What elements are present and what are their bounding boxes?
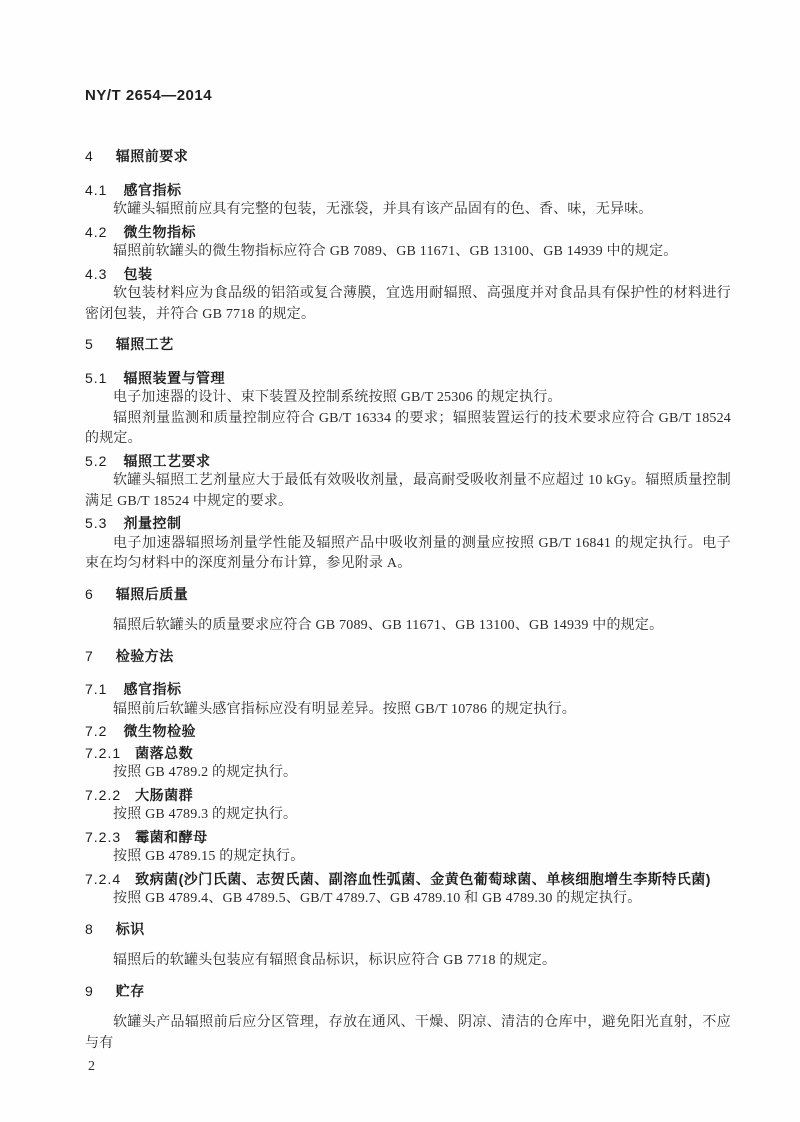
section-title: 辐照工艺要求 xyxy=(123,451,210,472)
section-heading: 7.2微生物检验 xyxy=(85,721,731,742)
chapter-title: 检验方法 xyxy=(116,646,174,667)
section-heading: 4.1感官指标 xyxy=(85,180,731,201)
subsection-title: 致病菌(沙门氏菌、志贺氏菌、副溶血性弧菌、金黄色葡萄球菌、单核细胞增生李斯特氏菌… xyxy=(135,869,711,890)
paragraph: 软罐头辐照前应具有完整的包装，无涨袋，并具有该产品固有的色、香、味，无异味。 xyxy=(85,200,731,221)
chapter-title: 辐照工艺 xyxy=(116,334,174,355)
paragraph: 辐照后软罐头的质量要求应符合 GB 7089、GB 11671、GB 13100… xyxy=(85,616,731,637)
chapter-number: 5 xyxy=(85,334,94,355)
section-title: 剂量控制 xyxy=(123,513,181,534)
chapter-heading: 4辐照前要求 xyxy=(85,146,731,167)
chapter-heading: 6辐照后质量 xyxy=(85,584,731,605)
section-number: 4.1 xyxy=(85,180,107,201)
paragraph: 辐照前后软罐头感官指标应没有明显差异。按照 GB/T 10786 的规定执行。 xyxy=(85,700,731,721)
chapter-title: 贮存 xyxy=(116,981,145,1002)
section-number: 4.2 xyxy=(85,222,107,243)
standard-number-header: NY/T 2654—2014 xyxy=(85,86,731,106)
section-number: 5.3 xyxy=(85,513,107,534)
paragraph: 辐照后的软罐头包装应有辐照食品标识，标识应符合 GB 7718 的规定。 xyxy=(85,951,731,972)
subsection-number: 7.2.2 xyxy=(85,785,121,806)
chapter-number: 4 xyxy=(85,146,94,167)
subsection-number: 7.2.3 xyxy=(85,827,121,848)
paragraph: 电子加速器辐照场剂量学性能及辐照产品中吸收剂量的测量应按照 GB/T 16841… xyxy=(85,534,731,575)
subsection-title: 大肠菌群 xyxy=(135,785,193,806)
section-heading: 4.2微生物指标 xyxy=(85,222,731,243)
chapter-heading: 9贮存 xyxy=(85,981,731,1002)
subsection-title: 菌落总数 xyxy=(135,743,193,764)
section-title: 辐照装置与管理 xyxy=(123,368,225,389)
subsection-heading: 7.2.1菌落总数 xyxy=(85,743,731,764)
paragraph: 辐照前软罐头的微生物指标应符合 GB 7089、GB 11671、GB 1310… xyxy=(85,242,731,263)
chapter-heading: 7检验方法 xyxy=(85,646,731,667)
section-title: 微生物检验 xyxy=(123,721,196,742)
paragraph: 按照 GB 4789.3 的规定执行。 xyxy=(85,805,731,826)
chapter-title: 辐照前要求 xyxy=(116,146,189,167)
paragraph: 软包装材料应为食品级的铝箔或复合薄膜，宜选用耐辐照、高强度并对食品具有保护性的材… xyxy=(85,284,731,325)
section-title: 包装 xyxy=(123,264,152,285)
paragraph: 软罐头产品辐照前后应分区管理，存放在通风、干燥、阴凉、清洁的仓库中，避免阳光直射… xyxy=(85,1013,731,1054)
subsection-heading: 7.2.2大肠菌群 xyxy=(85,785,731,806)
section-number: 5.2 xyxy=(85,451,107,472)
chapter-heading: 8标识 xyxy=(85,919,731,940)
section-number: 4.3 xyxy=(85,264,107,285)
section-title: 微生物指标 xyxy=(123,222,196,243)
section-title: 感官指标 xyxy=(123,180,181,201)
chapter-number: 8 xyxy=(85,919,94,940)
paragraph: 电子加速器的设计、束下装置及控制系统按照 GB/T 25306 的规定执行。 xyxy=(85,388,731,409)
chapter-heading: 5辐照工艺 xyxy=(85,334,731,355)
subsection-number: 7.2.1 xyxy=(85,743,121,764)
chapter-number: 7 xyxy=(85,646,94,667)
section-heading: 7.1感官指标 xyxy=(85,679,731,700)
paragraph: 按照 GB 4789.15 的规定执行。 xyxy=(85,847,731,868)
paragraph: 辐照剂量监测和质量控制应符合 GB/T 16334 的要求；辐照装置运行的技术要… xyxy=(85,409,731,450)
document-content: NY/T 2654—2014 4辐照前要求 4.1感官指标 软罐头辐照前应具有完… xyxy=(85,86,731,1077)
subsection-heading: 7.2.3霉菌和酵母 xyxy=(85,827,731,848)
subsection-heading: 7.2.4致病菌(沙门氏菌、志贺氏菌、副溶血性弧菌、金黄色葡萄球菌、单核细胞增生… xyxy=(85,869,731,890)
paragraph: 按照 GB 4789.4、GB 4789.5、GB/T 4789.7、GB 47… xyxy=(85,889,731,910)
paragraph: 软罐头辐照工艺剂量应大于最低有效吸收剂量，最高耐受吸收剂量不应超过 10 kGy… xyxy=(85,471,731,512)
page-number: 2 xyxy=(85,1057,731,1077)
subsection-title: 霉菌和酵母 xyxy=(135,827,208,848)
section-number: 5.1 xyxy=(85,368,107,389)
subsection-number: 7.2.4 xyxy=(85,869,121,890)
section-heading: 5.3剂量控制 xyxy=(85,513,731,534)
chapter-title: 辐照后质量 xyxy=(116,584,189,605)
document-page: NY/T 2654—2014 4辐照前要求 4.1感官指标 软罐头辐照前应具有完… xyxy=(0,0,800,1122)
chapter-number: 6 xyxy=(85,584,94,605)
chapter-number: 9 xyxy=(85,981,94,1002)
section-title: 感官指标 xyxy=(123,679,181,700)
section-number: 7.2 xyxy=(85,721,107,742)
section-heading: 5.2辐照工艺要求 xyxy=(85,451,731,472)
section-number: 7.1 xyxy=(85,679,107,700)
section-heading: 5.1辐照装置与管理 xyxy=(85,368,731,389)
paragraph: 按照 GB 4789.2 的规定执行。 xyxy=(85,763,731,784)
chapter-title: 标识 xyxy=(116,919,145,940)
section-heading: 4.3包装 xyxy=(85,264,731,285)
